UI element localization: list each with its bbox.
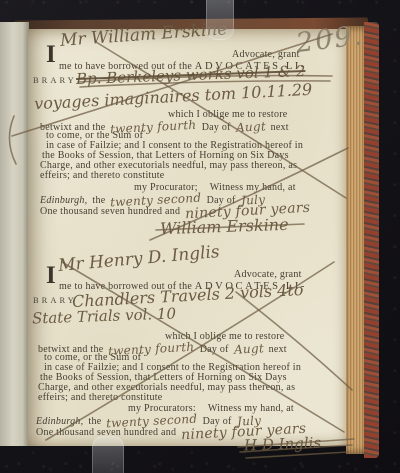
marbled-cover-edge xyxy=(364,22,379,458)
book-fore-edge xyxy=(346,26,365,454)
return-month-handwritten: Augt xyxy=(235,120,265,134)
witness-text: Witness my hand, at xyxy=(210,183,296,193)
witness-text: Witness my hand, at xyxy=(208,404,294,414)
year-printed-text: One thousand seven hundred and xyxy=(40,207,180,217)
next-text: next xyxy=(271,123,289,133)
next-text: next xyxy=(269,345,287,355)
book-holder-strap-top xyxy=(206,0,234,40)
procurator-line: my Procurator; Witness my hand, at xyxy=(134,183,296,193)
brary-text: BRARY xyxy=(33,296,77,305)
photographed-register-page: 209. I Mr William Erskine Advocate, gran… xyxy=(0,0,400,473)
failzie-line4: effeirs; and thereto constitute xyxy=(40,171,164,181)
procurator-line: my Procurators: Witness my hand, at xyxy=(128,404,294,414)
drop-initial: I xyxy=(46,263,56,288)
signature: H D Inglis xyxy=(244,436,322,454)
brary-text: BRARY xyxy=(33,76,77,85)
signature: William Erskine xyxy=(160,217,289,237)
opposite-page-edge xyxy=(0,22,29,446)
drop-initial: I xyxy=(46,42,56,67)
return-month-handwritten: Augt xyxy=(233,342,263,356)
advocate-grant-text: Advocate, grant xyxy=(232,50,300,60)
advocate-grant-text: Advocate, grant xyxy=(234,270,302,280)
day-of-text: Day of xyxy=(202,123,231,133)
book-holder-strap-bottom xyxy=(92,436,124,473)
day-of-text: Day of xyxy=(200,345,229,355)
failzie-line4: effeirs; and thereto constitute xyxy=(38,393,162,403)
